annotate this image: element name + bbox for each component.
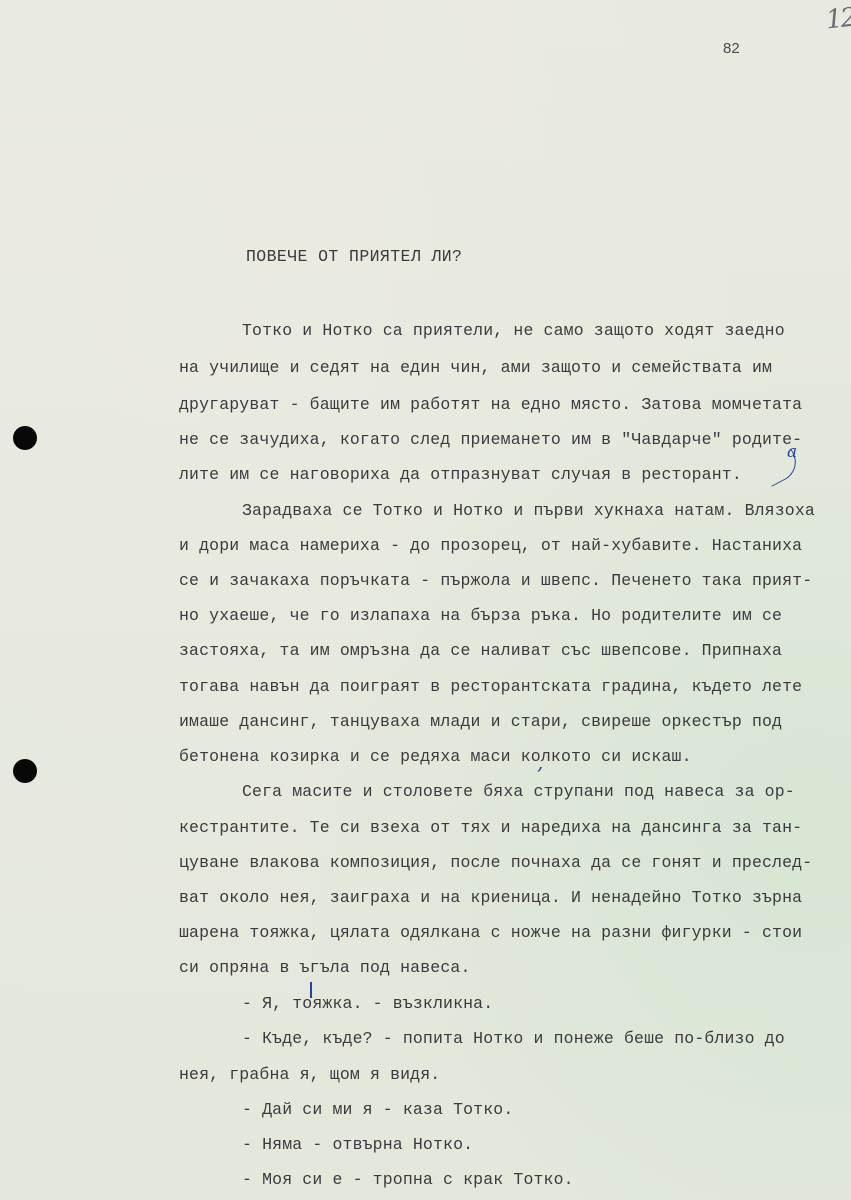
chapter-title: ПОВЕЧЕ ОТ ПРИЯТЕЛ ЛИ? [246,247,462,266]
handwritten-exclamation-mark [310,982,312,998]
text-line: тогава навън да поиграят в ресторантскат… [179,677,802,697]
punch-hole-top [13,426,37,450]
page-number: 82 [723,40,740,57]
text-line: не се зачудиха, когато след приемането и… [179,430,802,450]
dialogue-line: - Моя си е - тропна с крак Тотко. [242,1170,574,1190]
text-line: кестрантите. Те си взеха от тях и нареди… [179,818,802,838]
dialogue-line: - Дай си ми я - каза Тотко. [242,1100,513,1120]
text-line: си опряна в ъгъла под навеса. [179,958,471,978]
punch-hole-bottom [13,759,37,783]
dialogue-line: - Няма - отвърна Нотко. [242,1135,473,1155]
dialogue-line: - Къде, къде? - попита Нотко и понеже бе… [242,1029,785,1049]
handwritten-comma: , [537,750,543,774]
text-line: ват около нея, заиграха и на криеница. И… [179,888,802,908]
text-line: на училище и седят на един чин, ами защо… [179,358,772,378]
dialogue-line: - Я, тояжка. - възкликна. [242,994,493,1014]
text-line: и дори маса намериха - до прозорец, от н… [179,536,802,556]
document-page: 12 82 ПОВЕЧЕ ОТ ПРИЯТЕЛ ЛИ? Тотко и Нотк… [0,0,851,1200]
text-line: лите им се наговориха да отпразнуват слу… [179,465,742,485]
text-line: цуване влакова композиция, после почнаха… [179,853,812,873]
archive-number: 12 [825,3,851,36]
text-line: имаше дансинг, танцуваха млади и стари, … [179,712,782,732]
text-line: шарена тояжка, цялата одялкана с ножче н… [179,923,802,943]
text-line: Сега масите и столовете бяха струпани по… [242,782,795,802]
text-line: Зарадваха се Тотко и Нотко и първи хукна… [242,501,815,521]
text-line: се и зачакаха поръчката - пържола и швеп… [179,571,812,591]
text-line: бетонена козирка и се редяха маси колкот… [179,747,692,767]
text-line: другаруват - бащите им работят на едно м… [179,395,802,415]
text-line: но ухаеше, че го излапаха на бърза ръка.… [179,606,782,626]
dialogue-line: нея, грабна я, щом я видя. [179,1065,440,1085]
text-line: Тотко и Нотко са приятели, не само защот… [242,321,785,341]
text-line: застояха, та им омръзна да се наливат съ… [179,641,782,661]
